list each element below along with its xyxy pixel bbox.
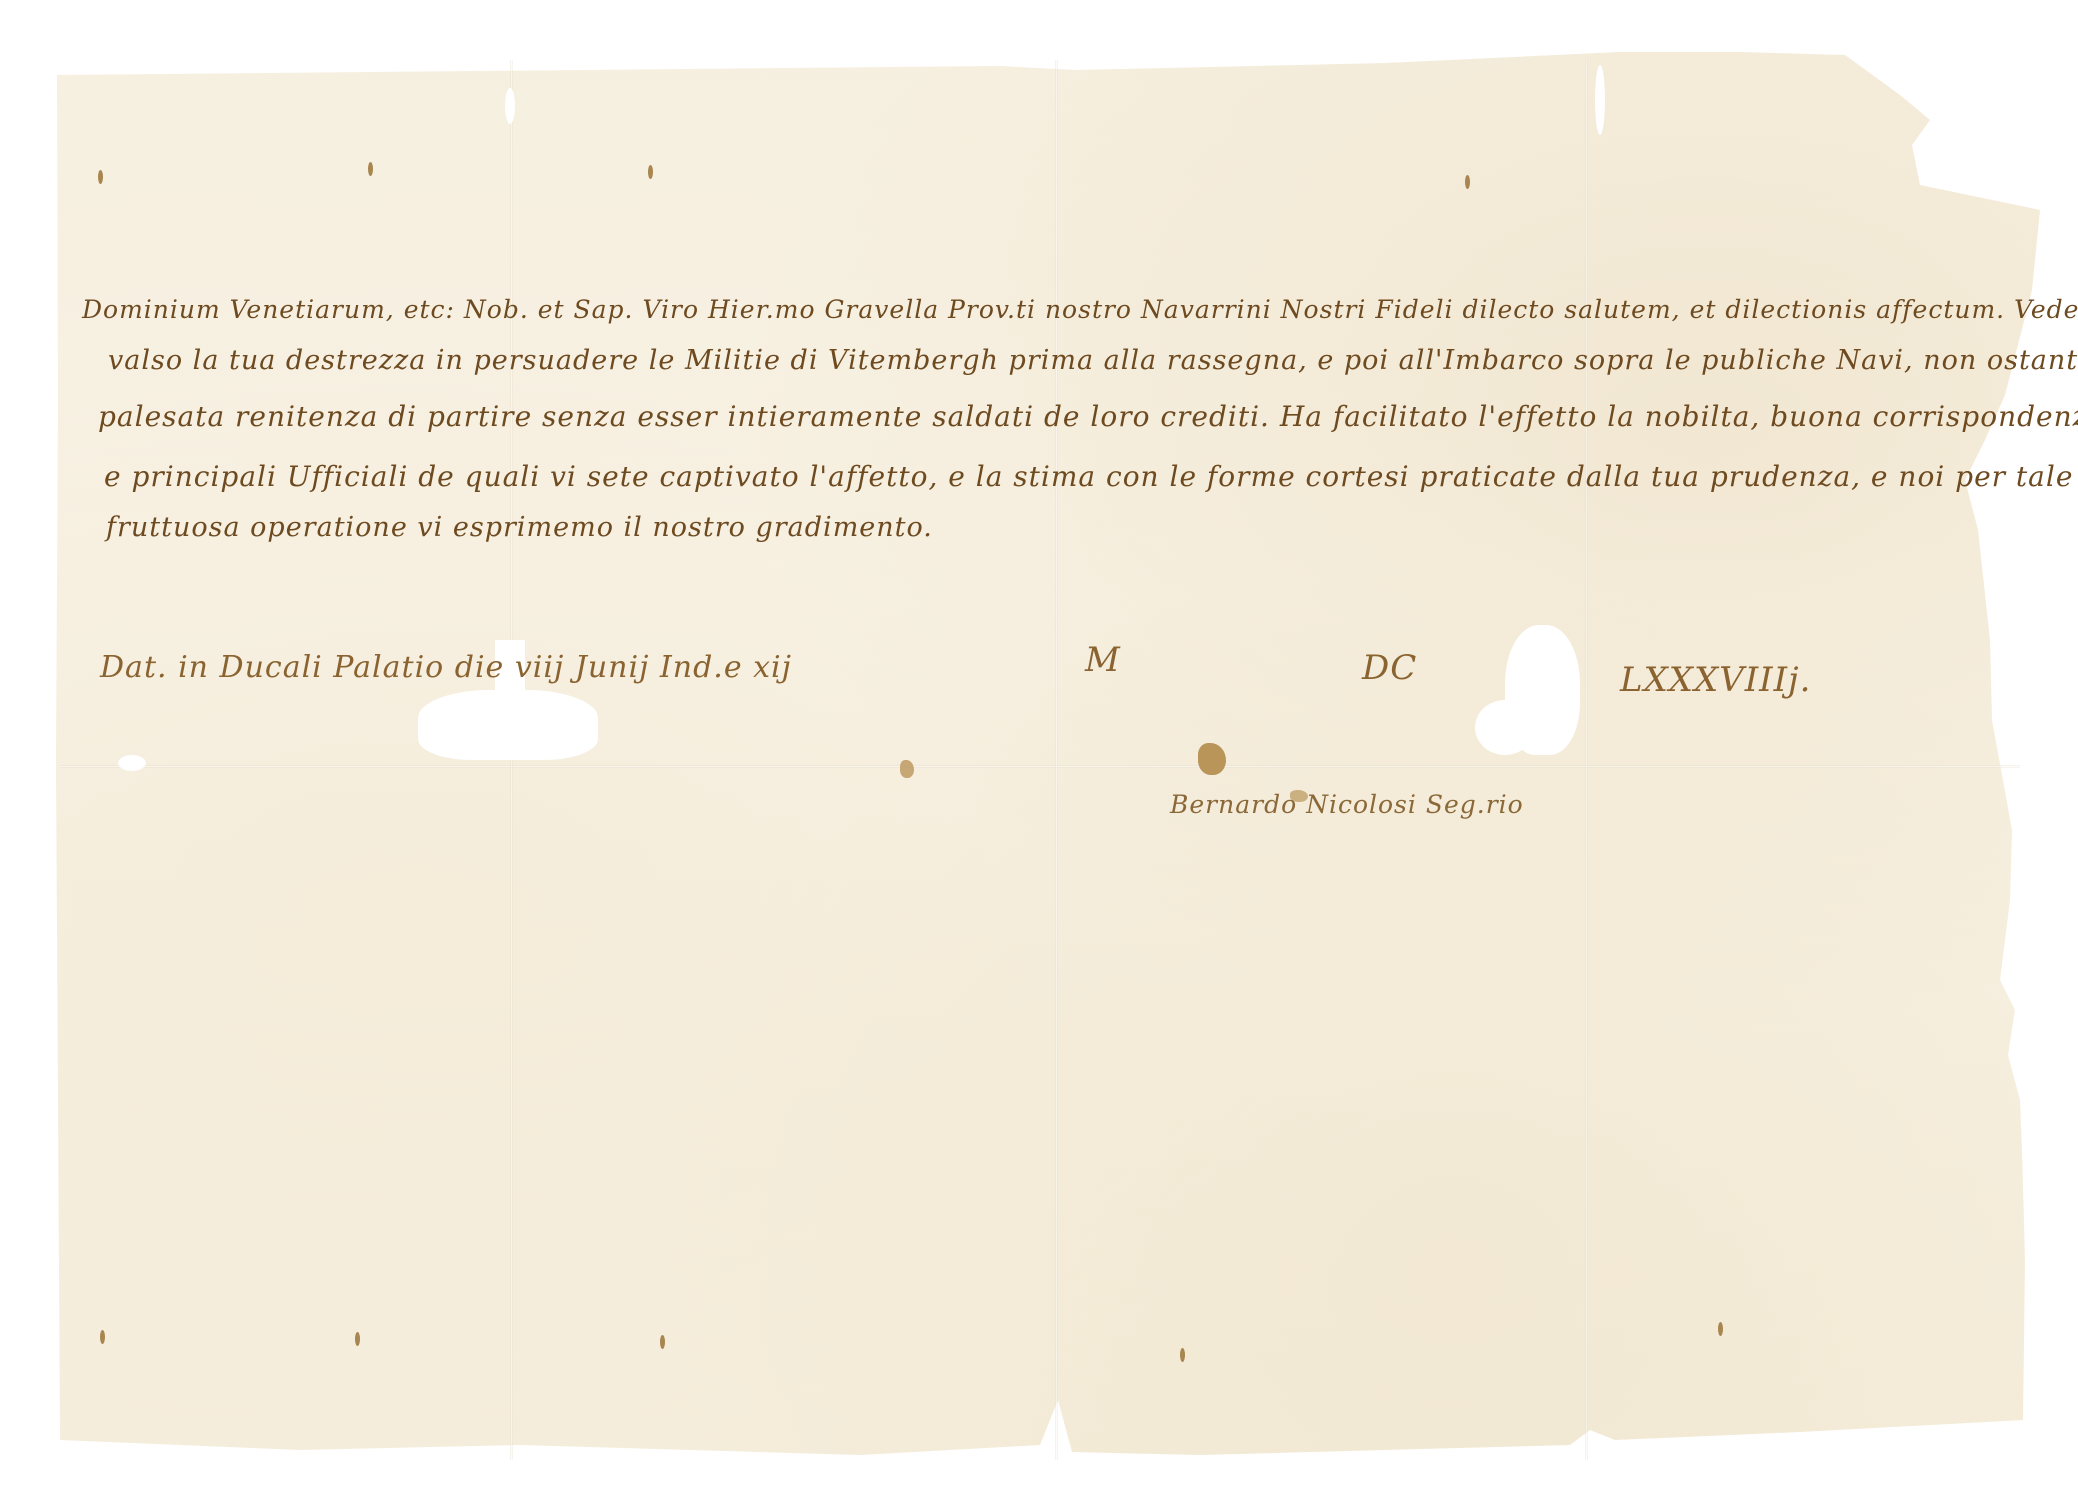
paper-speck: [100, 1330, 105, 1344]
ink-stain: [1198, 743, 1226, 775]
secretary-signature: Bernardo Nicolosi Seg.rio: [1170, 790, 1524, 819]
dateline: Dat. in Ducali Palatio die viij Junij In…: [100, 650, 792, 685]
paper-speck: [355, 1332, 360, 1346]
letter-line-3: palesata renitenza di partire senza esse…: [98, 400, 2078, 433]
paper-speck: [1180, 1348, 1185, 1362]
ink-stain-small: [900, 760, 914, 778]
year-prefix: M: [1085, 640, 1121, 680]
paper-speck: [660, 1335, 665, 1349]
paper-speck: [648, 165, 653, 179]
letter-paper: [0, 0, 2078, 1500]
torn-hole-right-lobe: [1475, 700, 1535, 755]
fold-line-vertical-1: [510, 60, 513, 1460]
paper-speck: [98, 170, 103, 184]
letter-line-2: valso la tua destrezza in persuadere le …: [108, 345, 2078, 376]
fold-hole-top-right: [1595, 65, 1605, 135]
small-hole-left: [118, 755, 146, 771]
fold-line-vertical-2: [1055, 60, 1058, 1460]
fold-line-vertical-3: [1585, 60, 1588, 1460]
paper-speck: [368, 162, 373, 176]
year-suffix: LXXXVIIIj.: [1620, 660, 1811, 700]
torn-hole-left: [418, 690, 598, 760]
fold-hole-top: [505, 88, 515, 124]
letter-line-4: e principali Ufficiali de quali vi sete …: [104, 460, 2073, 493]
paper-speck: [1718, 1322, 1723, 1336]
fold-line-horizontal: [60, 765, 2020, 768]
letter-line-5: fruttuosa operatione vi esprimemo il nos…: [106, 512, 933, 543]
year-mid: DC: [1362, 648, 1417, 688]
letter-line-1: Dominium Venetiarum, etc: Nob. et Sap. V…: [82, 295, 2078, 324]
paper-speck: [1465, 175, 1470, 189]
